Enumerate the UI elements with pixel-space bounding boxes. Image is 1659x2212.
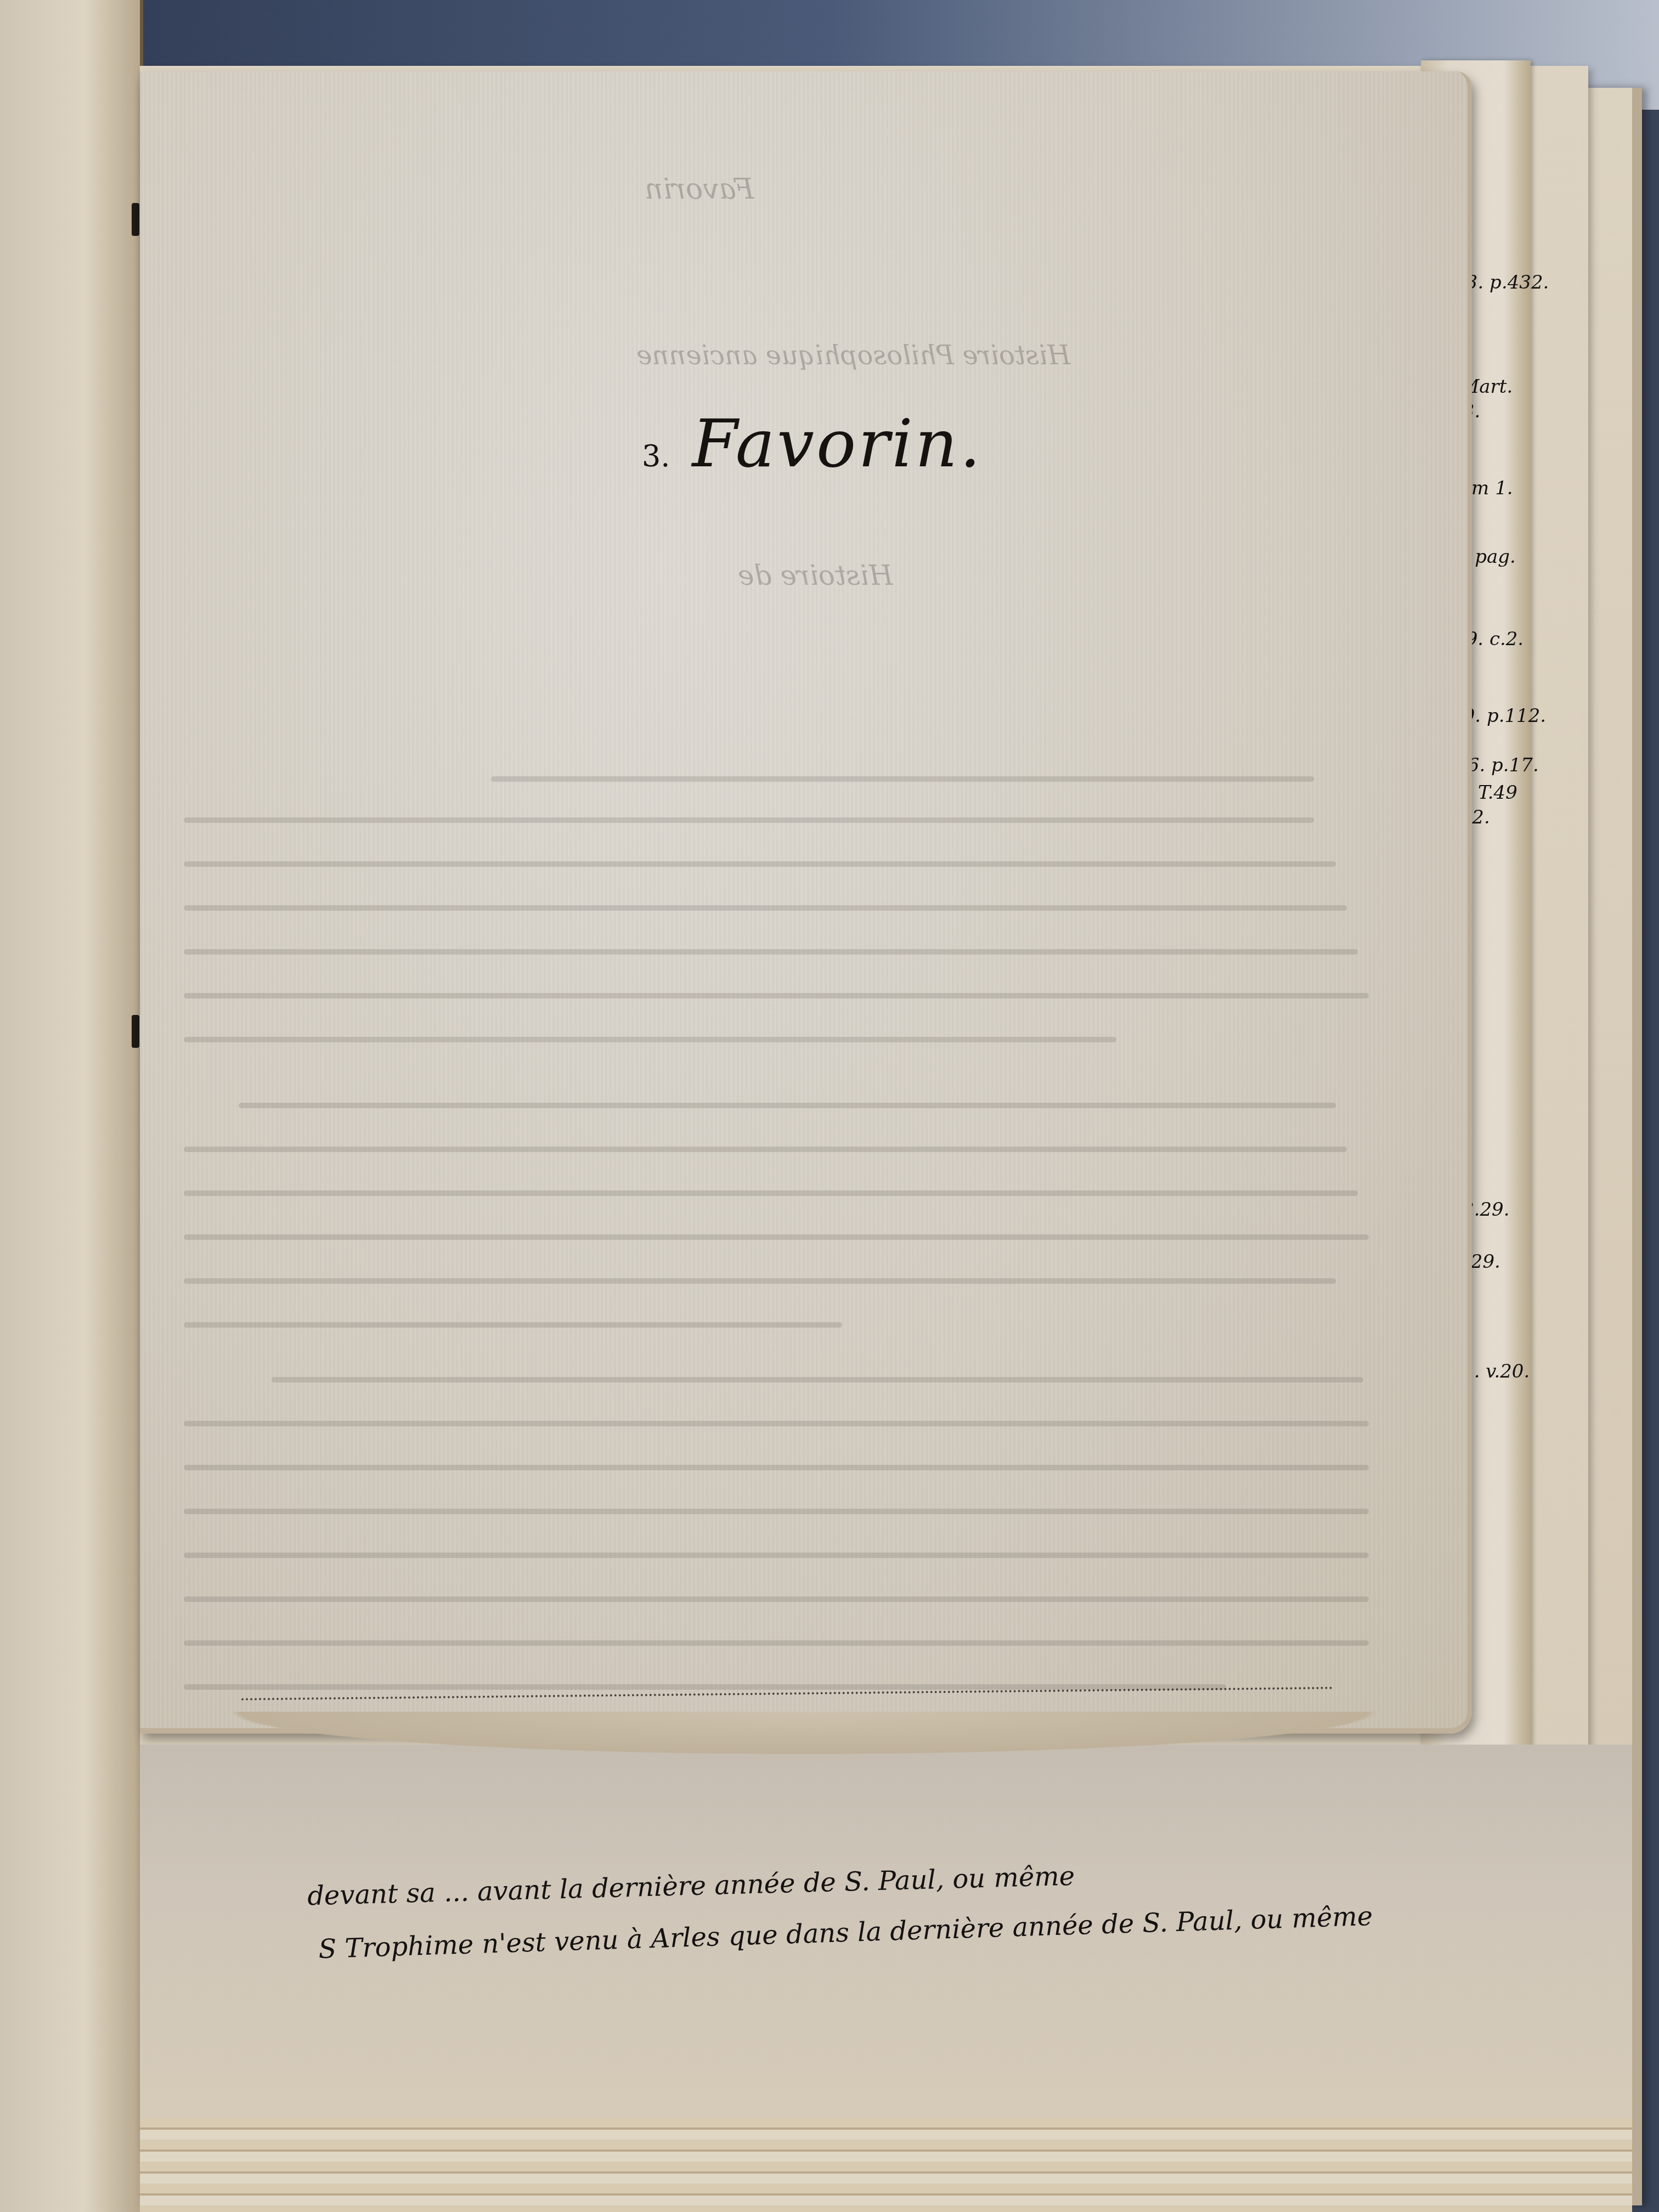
- bleed-through-line: [184, 1234, 1369, 1240]
- bleed-through-line: [184, 1037, 1116, 1042]
- bleed-through-line: [184, 1465, 1369, 1470]
- bleed-through-line: [184, 1421, 1369, 1426]
- left-page: [0, 0, 143, 2212]
- bleed-through-line: [184, 949, 1358, 955]
- front-manuscript-page: Favorin Histoire Philosophique ancienne …: [140, 71, 1472, 1734]
- bleed-through-line: [491, 776, 1314, 782]
- bleed-through-line: [184, 1190, 1358, 1196]
- torn-page-edge: [140, 1712, 1468, 1761]
- bleed-through-line: [272, 1377, 1363, 1383]
- bleed-through-line: [184, 1684, 1226, 1690]
- binding-hole: [132, 1015, 139, 1048]
- bleed-through-line: [184, 1596, 1369, 1602]
- bleed-through-line: [184, 1509, 1369, 1514]
- bleed-through-line: [184, 1147, 1347, 1152]
- bleed-through-subtitle: Histoire Philosophique ancienne: [636, 340, 1070, 371]
- bleed-through-line: [184, 1640, 1369, 1646]
- heading-number: 3.: [642, 439, 670, 473]
- bleed-through-line: [184, 1322, 842, 1328]
- bleed-through-line: [184, 1278, 1336, 1284]
- binding-hole: [132, 203, 139, 236]
- bleed-through-line: [239, 1103, 1336, 1108]
- bleed-through-label: Favorin: [645, 173, 754, 206]
- bleed-through-line: [184, 905, 1347, 911]
- bleed-through-line: [184, 817, 1314, 823]
- heading-title: Favorin.: [692, 406, 983, 482]
- page-stack-edges: [140, 2118, 1632, 2212]
- page-heading: 3. Favorin.: [642, 406, 983, 482]
- bleed-through-line: [184, 993, 1369, 998]
- bleed-through-line: [184, 1553, 1369, 1558]
- bleed-through-line: [184, 861, 1336, 867]
- bleed-through-block: Histoire de: [738, 560, 893, 591]
- margin-ref: 1. v.20.: [1462, 1361, 1530, 1383]
